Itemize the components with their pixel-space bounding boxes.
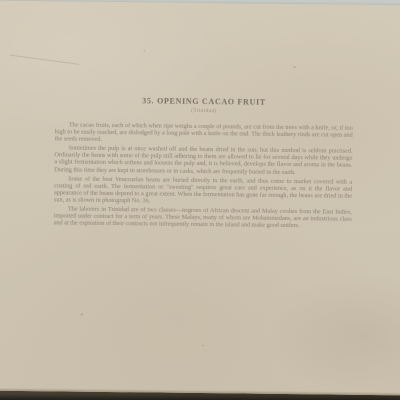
paragraph: The cacao fruits, each of which when rip… bbox=[55, 121, 353, 146]
page-subtitle: (Trinidad) bbox=[55, 107, 353, 115]
paragraph: The laborers in Trinidad are of two clas… bbox=[54, 205, 352, 230]
text-block: 35. OPENING CACAO FRUIT (Trinidad) The c… bbox=[54, 95, 353, 232]
paragraph: Sometimes the pulp is at once washed off… bbox=[54, 145, 352, 177]
paper-speck bbox=[81, 314, 83, 316]
page-title: 35. OPENING CACAO FRUIT bbox=[55, 95, 353, 107]
paper-speck bbox=[144, 50, 146, 51]
body-text: The cacao fruits, each of which when rip… bbox=[54, 121, 353, 230]
paper-page: 35. OPENING CACAO FRUIT (Trinidad) The c… bbox=[0, 1, 400, 396]
scanned-page-image: 35. OPENING CACAO FRUIT (Trinidad) The c… bbox=[0, 0, 400, 400]
paragraph: Some of the best Venezuelan beans are bu… bbox=[54, 175, 352, 207]
paper-crease bbox=[10, 55, 80, 65]
paper-speck bbox=[293, 66, 295, 68]
paper-speck bbox=[202, 345, 204, 346]
